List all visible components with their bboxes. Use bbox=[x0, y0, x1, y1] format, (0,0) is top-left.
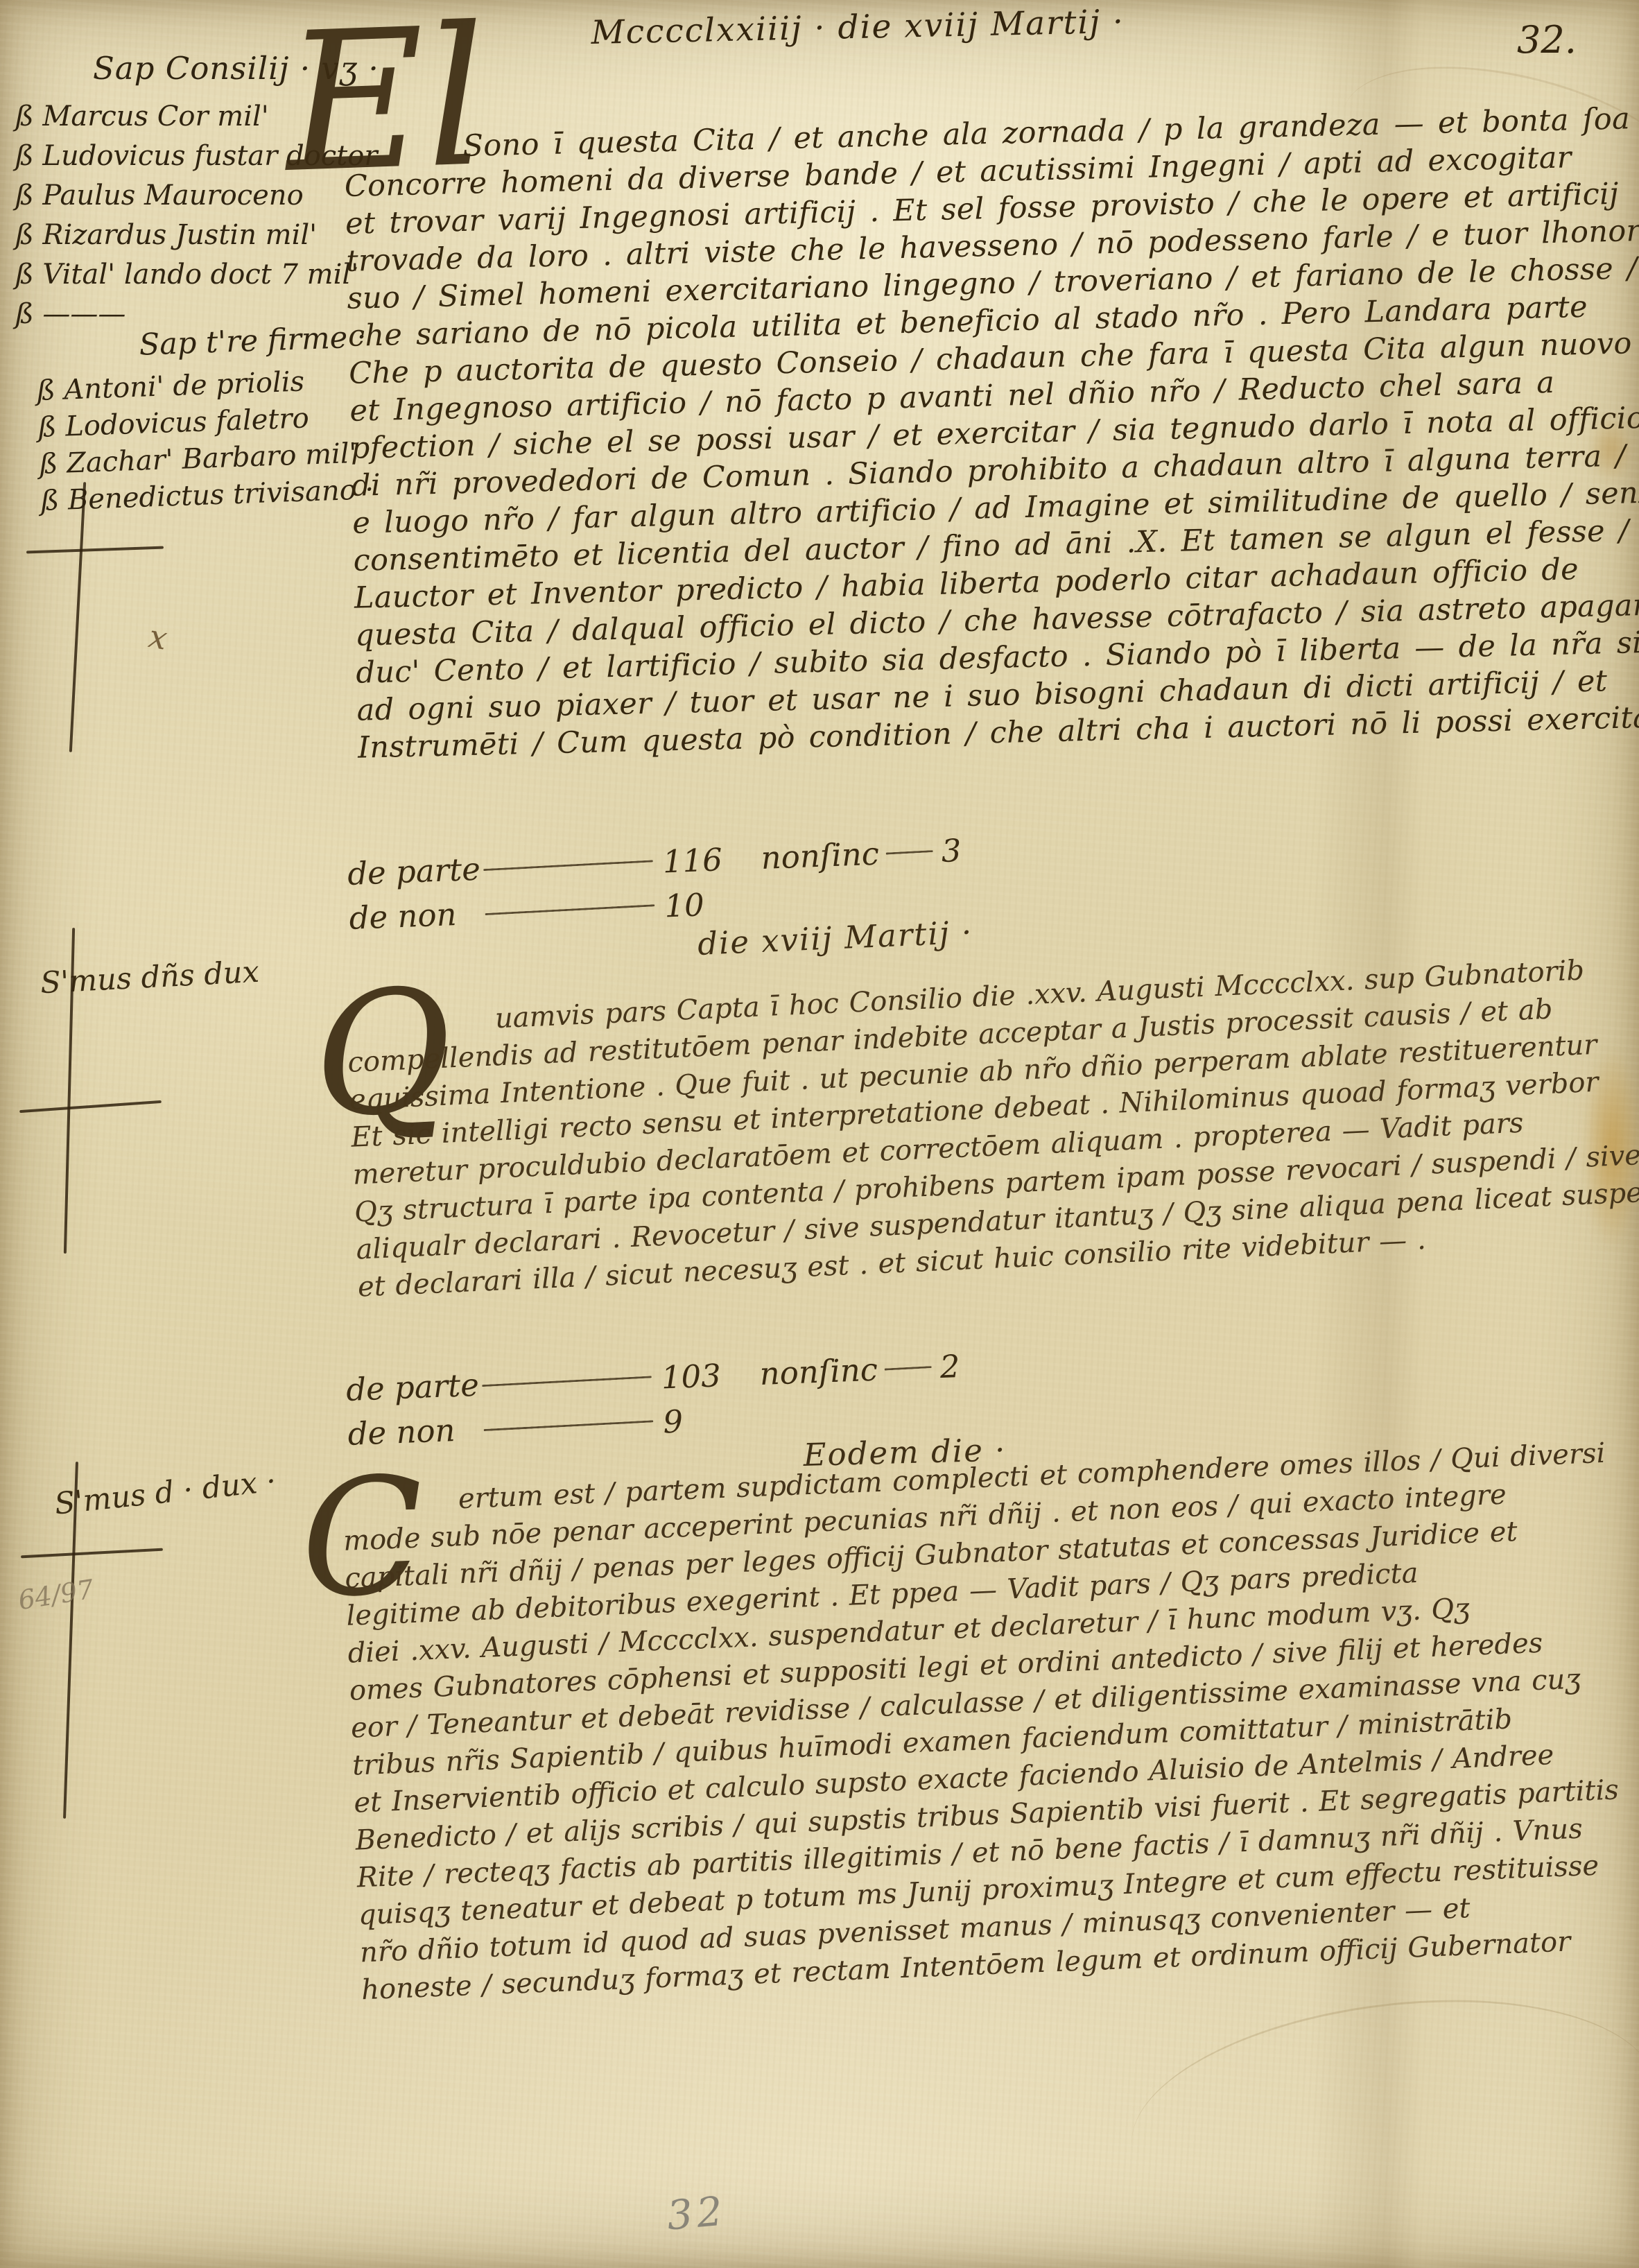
tally-line bbox=[482, 1376, 652, 1387]
tally-line bbox=[886, 850, 933, 855]
text-line: ß Marcus Cor mil' bbox=[15, 97, 348, 137]
margin-cross-horizontal bbox=[21, 1548, 163, 1559]
nonsinc-count: 2 bbox=[939, 1347, 961, 1385]
de-parte-label: de parte bbox=[347, 850, 480, 892]
de-parte-count: 116 bbox=[662, 841, 723, 880]
margin-council-members: ß Marcus Cor mil'ß Ludovicus fustar doct… bbox=[15, 97, 348, 334]
de-non-label: de non bbox=[349, 894, 482, 936]
margin-note-dux: S'mus d · dux · bbox=[53, 1464, 277, 1521]
text-line: ß Ludovicus fustar doctor bbox=[15, 137, 348, 176]
folio-number-top: 32. bbox=[1517, 18, 1577, 62]
tally-line bbox=[483, 860, 653, 871]
margin-council-title: Sap Consilij · vʒ · bbox=[15, 50, 348, 97]
de-non-count: 10 bbox=[664, 885, 723, 924]
parchment-crease bbox=[1118, 1973, 1639, 2259]
margin-x-mark: x bbox=[146, 617, 171, 657]
nonsinc-label: nonſinc bbox=[761, 835, 880, 876]
decree-text-gubernatores: ertum est / partem supdictam complecti e… bbox=[341, 1433, 1639, 2009]
de-parte-label: de parte bbox=[345, 1366, 478, 1408]
de-non-count: 9 bbox=[662, 1401, 722, 1440]
decree-text-patent-statute: Sono ī questa Cita / et anche ala zornad… bbox=[343, 100, 1639, 767]
tally-line bbox=[885, 1366, 932, 1371]
decree-text-restitution: uamvis pars Capta ī hoc Consilio die .xx… bbox=[345, 949, 1639, 1306]
tally-line bbox=[484, 1420, 654, 1431]
margin-cross-horizontal bbox=[19, 1100, 162, 1113]
de-parte-count: 103 bbox=[661, 1357, 722, 1396]
nonsinc-label: nonſinc bbox=[759, 1351, 878, 1392]
text-line: ß Paulus Mauroceno bbox=[15, 176, 348, 216]
margin-council-list: Sap Consilij · vʒ · ß Marcus Cor mil'ß L… bbox=[15, 50, 348, 334]
de-non-label: de non bbox=[347, 1410, 480, 1452]
folio-number-bottom: 32 bbox=[665, 2187, 728, 2239]
nonsinc-count: 3 bbox=[941, 831, 962, 869]
margin-cross-horizontal bbox=[26, 546, 164, 554]
page-heading-date: Mcccclxxiiij · die xviij Martij · bbox=[591, 0, 1285, 52]
tally-line bbox=[485, 904, 655, 915]
text-line: ß Vital' lando doct 7 mil' bbox=[15, 255, 348, 295]
margin-cross-vertical bbox=[69, 482, 86, 752]
text-line: ß Rizardus Justin mil' bbox=[15, 216, 348, 255]
archivist-pencil-note: 64/97 bbox=[16, 1574, 96, 1616]
manuscript-page: Mcccclxxiiij · die xviij Martij · 32. Sa… bbox=[0, 0, 1639, 2268]
